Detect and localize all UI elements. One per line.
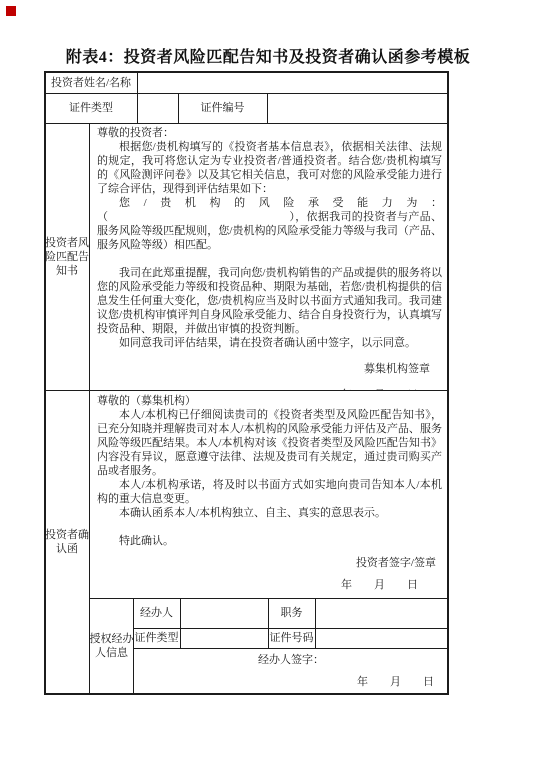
investor-name-input-cell[interactable] xyxy=(137,73,448,93)
agent-signature-label: 经办人签字： xyxy=(134,653,448,667)
id-number-input-cell[interactable] xyxy=(267,93,448,123)
agent-signature-area: 经办人签字： 年 月 日 xyxy=(134,648,448,694)
agent-id-number-label: 证件号码 xyxy=(268,628,315,648)
agent-id-type-label: 证件类型 xyxy=(133,628,180,648)
confirmation-date-line: 年 月 日 xyxy=(97,578,442,592)
agent-date-line: 年 月 日 xyxy=(134,675,448,689)
red-square-marker-icon xyxy=(6,6,16,16)
risk-notice-body: 尊敬的投资者： 根据您/贵机构填写的《投资者基本信息表》，依据相关法律、法规的规… xyxy=(90,123,448,390)
agent-name-input-cell[interactable] xyxy=(180,598,268,628)
issuer-seal-label: 募集机构签章 xyxy=(97,362,442,376)
confirmation-paragraph-read: 本人/本机构已仔细阅读贵司的《投资者类型及风险匹配告知书》，已充分知晓并理解贵司… xyxy=(97,408,442,478)
confirmation-salutation: 尊敬的（募集机构） xyxy=(97,394,442,408)
confirmation-paragraph-statement: 本确认函系本人/本机构独立、自主、真实的意思表示。 xyxy=(97,506,442,520)
notice-paragraph-reminder: 我司在此郑重提醒，我司向您/贵机构销售的产品或提供的服务将以您的风险承受能力等级… xyxy=(97,266,442,336)
agent-id-number-input-cell[interactable] xyxy=(315,628,448,648)
confirmation-side-label: 投资者确认函 xyxy=(44,390,90,694)
id-number-label: 证件编号 xyxy=(178,93,267,123)
risk-notice-side-label: 投资者风险匹配告知书 xyxy=(44,123,90,390)
investor-signature-label: 投资者签字/签章 xyxy=(97,556,442,570)
id-type-label: 证件类型 xyxy=(45,93,137,123)
investor-name-label: 投资者姓名/名称 xyxy=(45,73,137,93)
id-type-input-cell[interactable] xyxy=(137,93,178,123)
agent-position-label: 职务 xyxy=(268,598,315,628)
notice-paragraph-agree: 如同意我司评估结果，请在投资者确认函中签字，以示同意。 xyxy=(97,336,442,350)
notice-salutation: 尊敬的投资者： xyxy=(97,126,442,140)
agent-name-label: 经办人 xyxy=(133,598,180,628)
notice-paragraph-result: 您/贵机构的风险承受能力为：（ ），依据我司的投资者与产品、服务风险等级匹配规则… xyxy=(97,196,442,252)
notice-paragraph-assessment: 根据您/贵机构填写的《投资者基本信息表》，依据相关法律、法规的规定，我可将您认定… xyxy=(97,140,442,196)
confirmation-body: 尊敬的（募集机构） 本人/本机构已仔细阅读贵司的《投资者类型及风险匹配告知书》，… xyxy=(90,390,448,598)
document-page: 附表4：投资者风险匹配告知书及投资者确认函参考模板 投资者姓名/名称 证件类型 … xyxy=(0,0,536,758)
page-title: 附表4：投资者风险匹配告知书及投资者确认函参考模板 xyxy=(0,44,536,67)
confirmation-paragraph-confirm: 特此确认。 xyxy=(97,534,442,548)
agent-position-input-cell[interactable] xyxy=(315,598,448,628)
agent-info-side-label: 授权经办人信息 xyxy=(89,598,134,694)
agent-id-type-input-cell[interactable] xyxy=(180,628,268,648)
confirmation-paragraph-promise: 本人/本机构承诺，将及时以书面方式如实地向贵司告知本人/本机构的重大信息变更。 xyxy=(97,478,442,506)
